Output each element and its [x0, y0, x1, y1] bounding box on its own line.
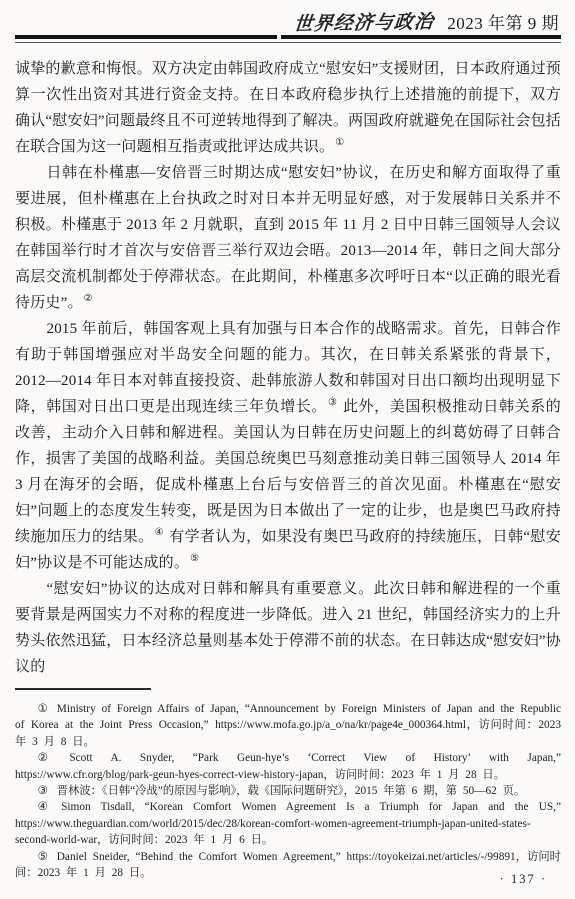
body-paragraph: “慰安妇”协议的达成对日韩和解具有重要意义。此次日韩和解进程的一个重要背景是两国… — [15, 576, 561, 680]
footnote-text: Ministry of Foreign Affairs of Japan, “A… — [15, 703, 561, 748]
journal-title-calligraphy: 世界经济与政治 — [293, 7, 436, 36]
footnote-item: ④Simon Tisdall, “Korean Comfort Women Ag… — [15, 799, 561, 848]
footnote-marker: ③ — [38, 785, 48, 797]
paragraph-text: 此外，美国积极推动日韩关系的改善，主动介入日韩和解进程。美国认为日韩在历史问题上… — [15, 399, 561, 545]
footnote-ref: ④ — [155, 527, 164, 538]
footnote-text: 晋林波：《日韩“冷战”的原因与影响》，载《国际问题研究》，2015 年第 6 期… — [57, 785, 525, 797]
page-number: · 137 · — [500, 872, 547, 887]
footnote-text: Scott A. Snyder, “Park Geun-hye’s ‘Corre… — [15, 752, 561, 780]
rule-thin — [15, 42, 561, 43]
footnote-text: Daniel Sneider, “Behind the Comfort Wome… — [15, 851, 561, 879]
article-body: 诚挚的歉意和悔恨。双方决定由韩国政府成立“慰安妇”支援财团，日本政府通过预算一次… — [15, 56, 561, 680]
footnote-separator — [15, 688, 151, 690]
paragraph-text: 日韩在朴槿惠—安倍晋三时期达成“慰安妇”协议，在历史和解方面取得了重要进展，但朴… — [15, 165, 561, 311]
footnote-item: ③晋林波：《日韩“冷战”的原因与影响》，载《国际问题研究》，2015 年第 6 … — [15, 783, 561, 799]
paragraph-text: “慰安妇”协议的达成对日韩和解具有重要意义。此次日韩和解进程的一个重要背景是两国… — [15, 581, 561, 675]
footnote-item: ①Ministry of Foreign Affairs of Japan, “… — [15, 701, 561, 750]
footnote-marker: ⑤ — [38, 851, 48, 863]
footnote-marker: ② — [38, 752, 61, 764]
footnote-item: ⑤Daniel Sneider, “Behind the Comfort Wom… — [15, 849, 561, 882]
journal-page: 世界经济与政治 2023 年第 9 期 诚挚的歉意和悔恨。双方决定由韩国政府成立… — [0, 0, 575, 899]
rule-thick-right — [281, 35, 561, 39]
page-header: 世界经济与政治 2023 年第 9 期 — [15, 8, 561, 33]
footnote-ref: ③ — [328, 397, 338, 408]
footnote-text: Simon Tisdall, “Korean Comfort Women Agr… — [15, 801, 561, 846]
header-double-rule — [15, 35, 561, 44]
rule-thick-left — [15, 35, 277, 39]
paragraph-text: 诚挚的歉意和悔恨。双方决定由韩国政府成立“慰安妇”支援财团，日本政府通过预算一次… — [15, 61, 561, 155]
body-paragraph: 日韩在朴槿惠—安倍晋三时期达成“慰安妇”协议，在历史和解方面取得了重要进展，但朴… — [15, 160, 561, 316]
issue-info: 2023 年第 9 期 — [447, 9, 559, 34]
footnote-ref: ② — [84, 293, 93, 304]
footnote-item: ②Scott A. Snyder, “Park Geun-hye’s ‘Corr… — [15, 750, 561, 783]
body-paragraph: 诚挚的歉意和悔恨。双方决定由韩国政府成立“慰安妇”支援财团，日本政府通过预算一次… — [15, 56, 561, 160]
footnote-marker: ④ — [38, 801, 53, 813]
footnote-ref: ① — [335, 137, 344, 148]
footnote-ref: ⑤ — [190, 553, 199, 564]
footnote-list: ①Ministry of Foreign Affairs of Japan, “… — [15, 701, 561, 881]
body-paragraph: 2015 年前后，韩国客观上具有加强与日本合作的战略需求。首先，日韩合作有助于韩… — [15, 316, 561, 576]
footnote-marker: ① — [38, 703, 48, 715]
